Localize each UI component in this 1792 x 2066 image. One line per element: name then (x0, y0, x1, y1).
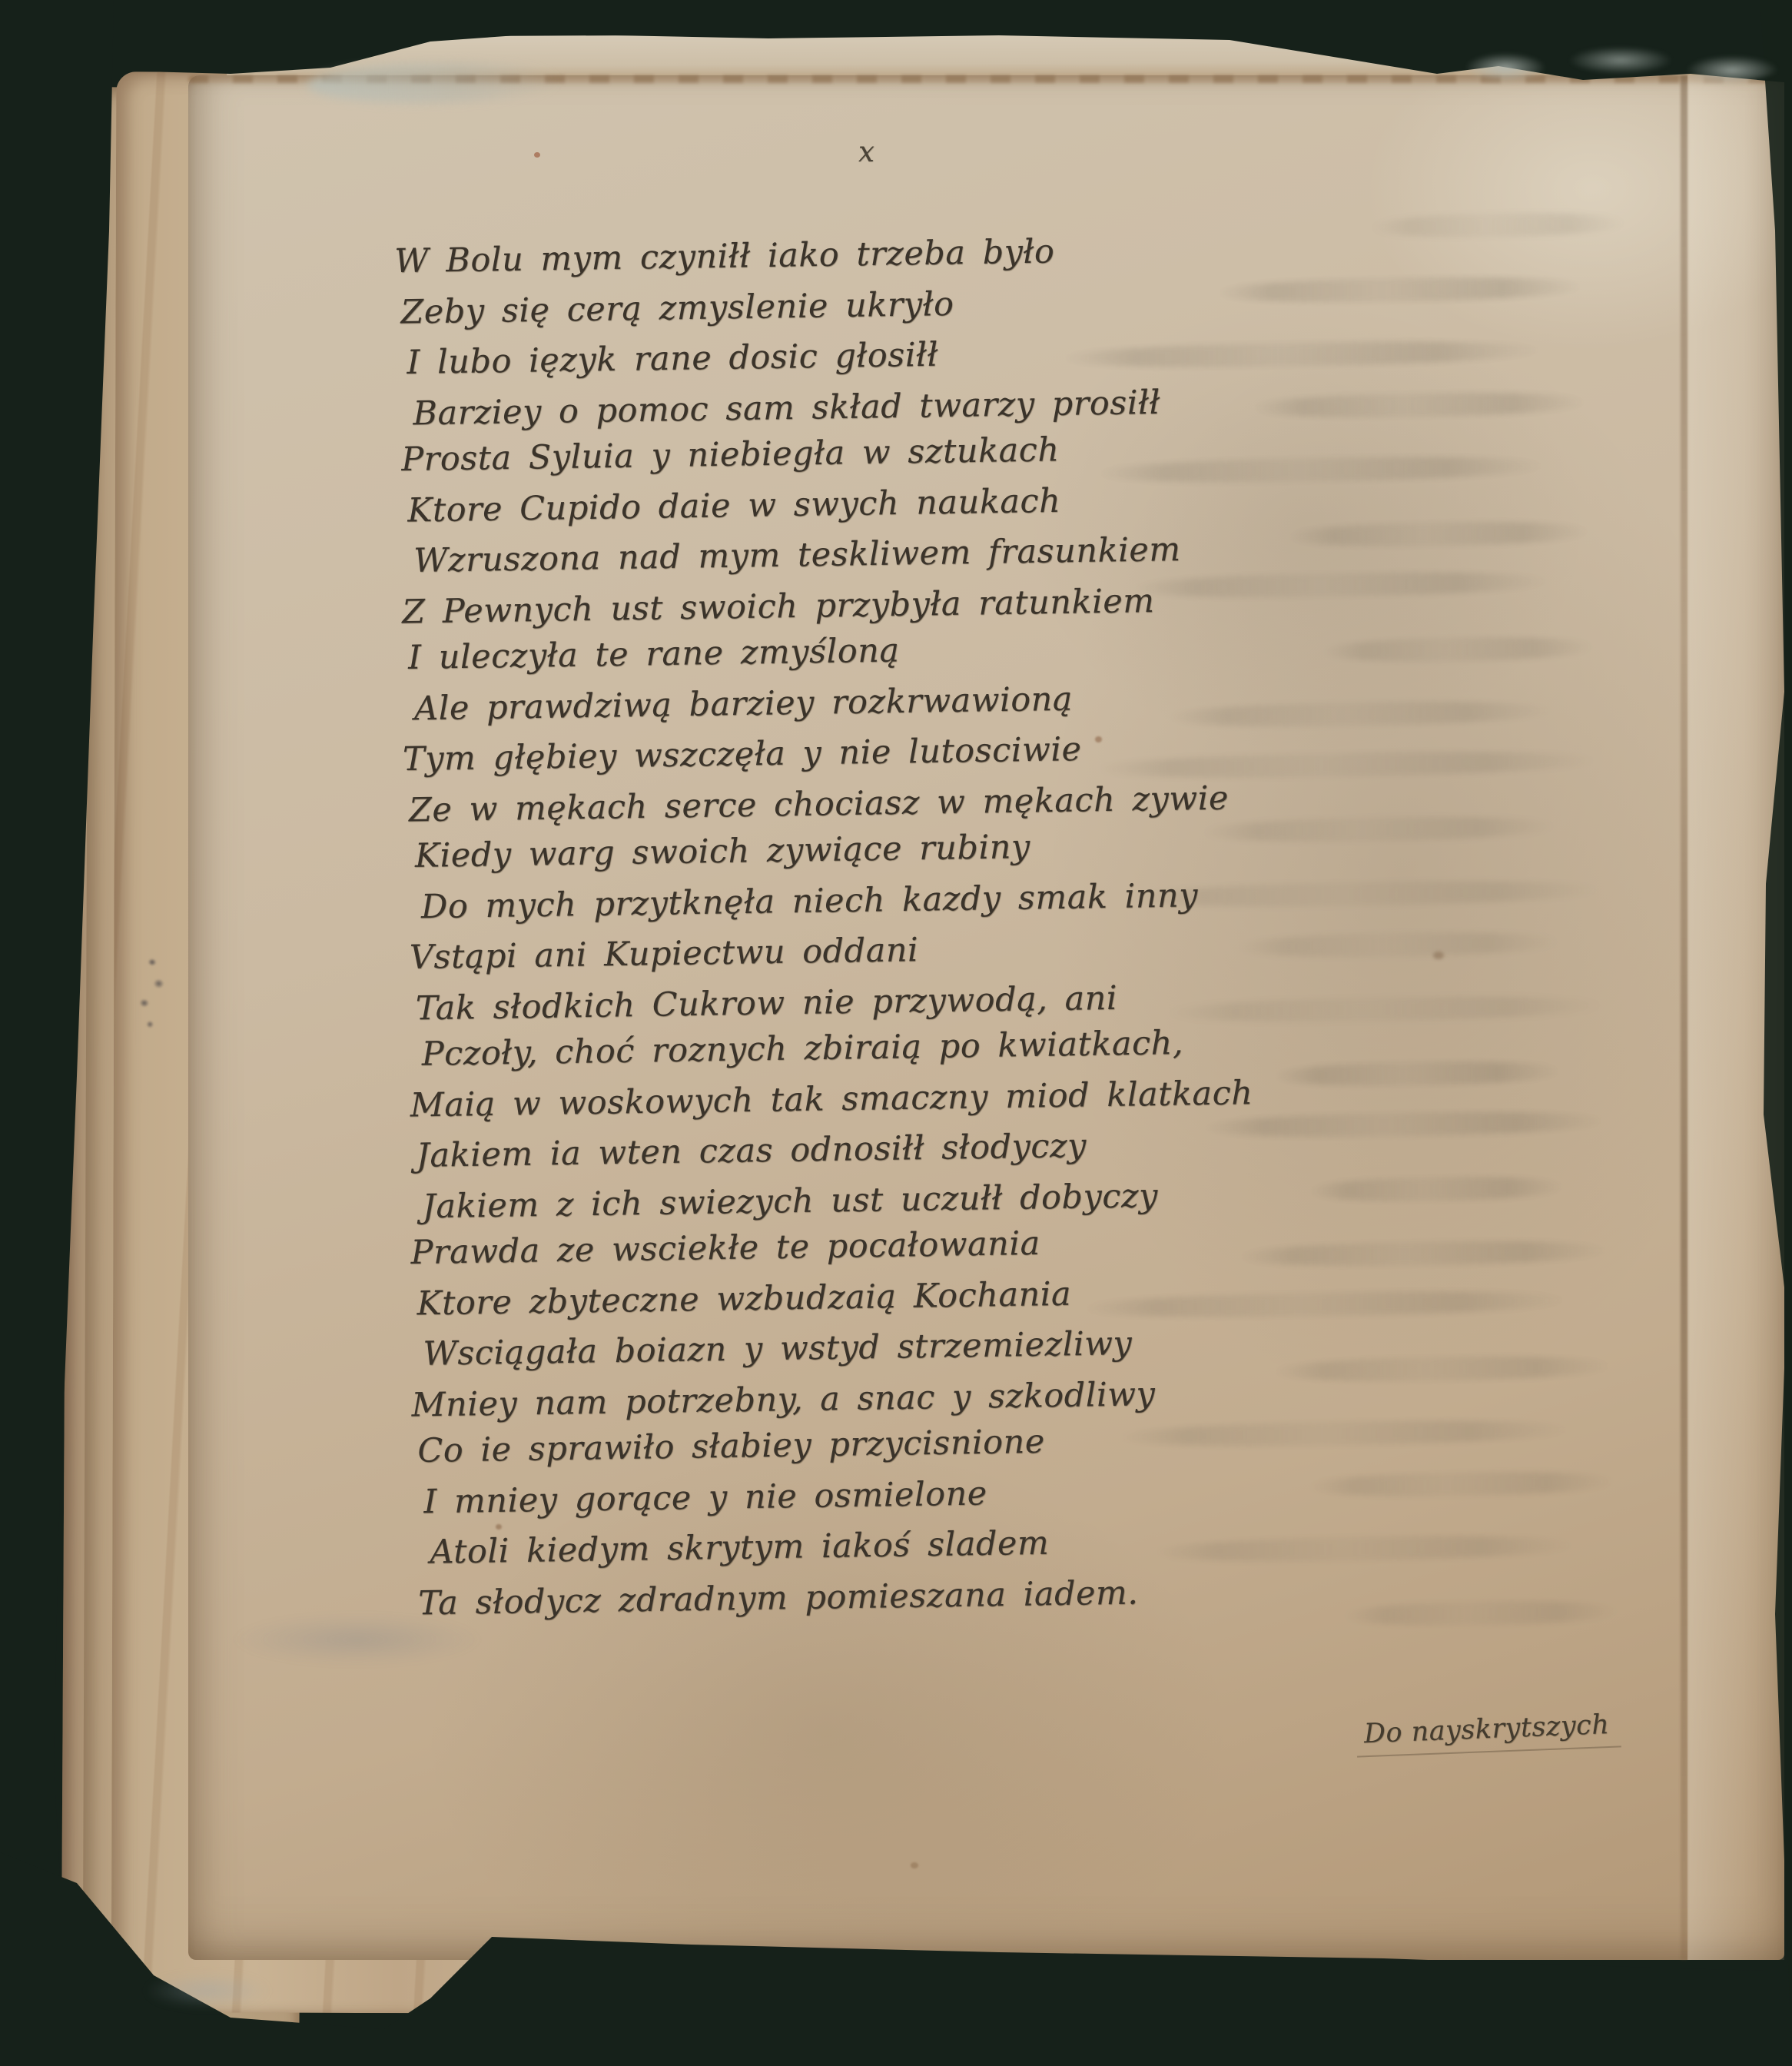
paper-stain (911, 1862, 918, 1868)
paper-stain (1095, 736, 1102, 742)
paper-stain (496, 1524, 502, 1530)
paper-stain (534, 152, 540, 158)
bleedthrough-line (1344, 1599, 1618, 1627)
page-mark: x (858, 135, 874, 168)
bleedthrough-line (1372, 211, 1625, 239)
binding-highlight-bottomleft (138, 1968, 277, 2014)
manuscript-page: x W Bolu mym czyniłł iako trzeba byłoZeb… (188, 75, 1784, 1960)
book-photo: x W Bolu mym czyniłł iako trzeba byłoZeb… (0, 0, 1792, 2066)
binding-highlight-topright (1445, 40, 1783, 91)
poem-text: W Bolu mym czyniłł iako trzeba byłoZeby … (403, 224, 1385, 1626)
paper-stain (1433, 952, 1444, 959)
page-fold-crease (1681, 75, 1687, 1960)
